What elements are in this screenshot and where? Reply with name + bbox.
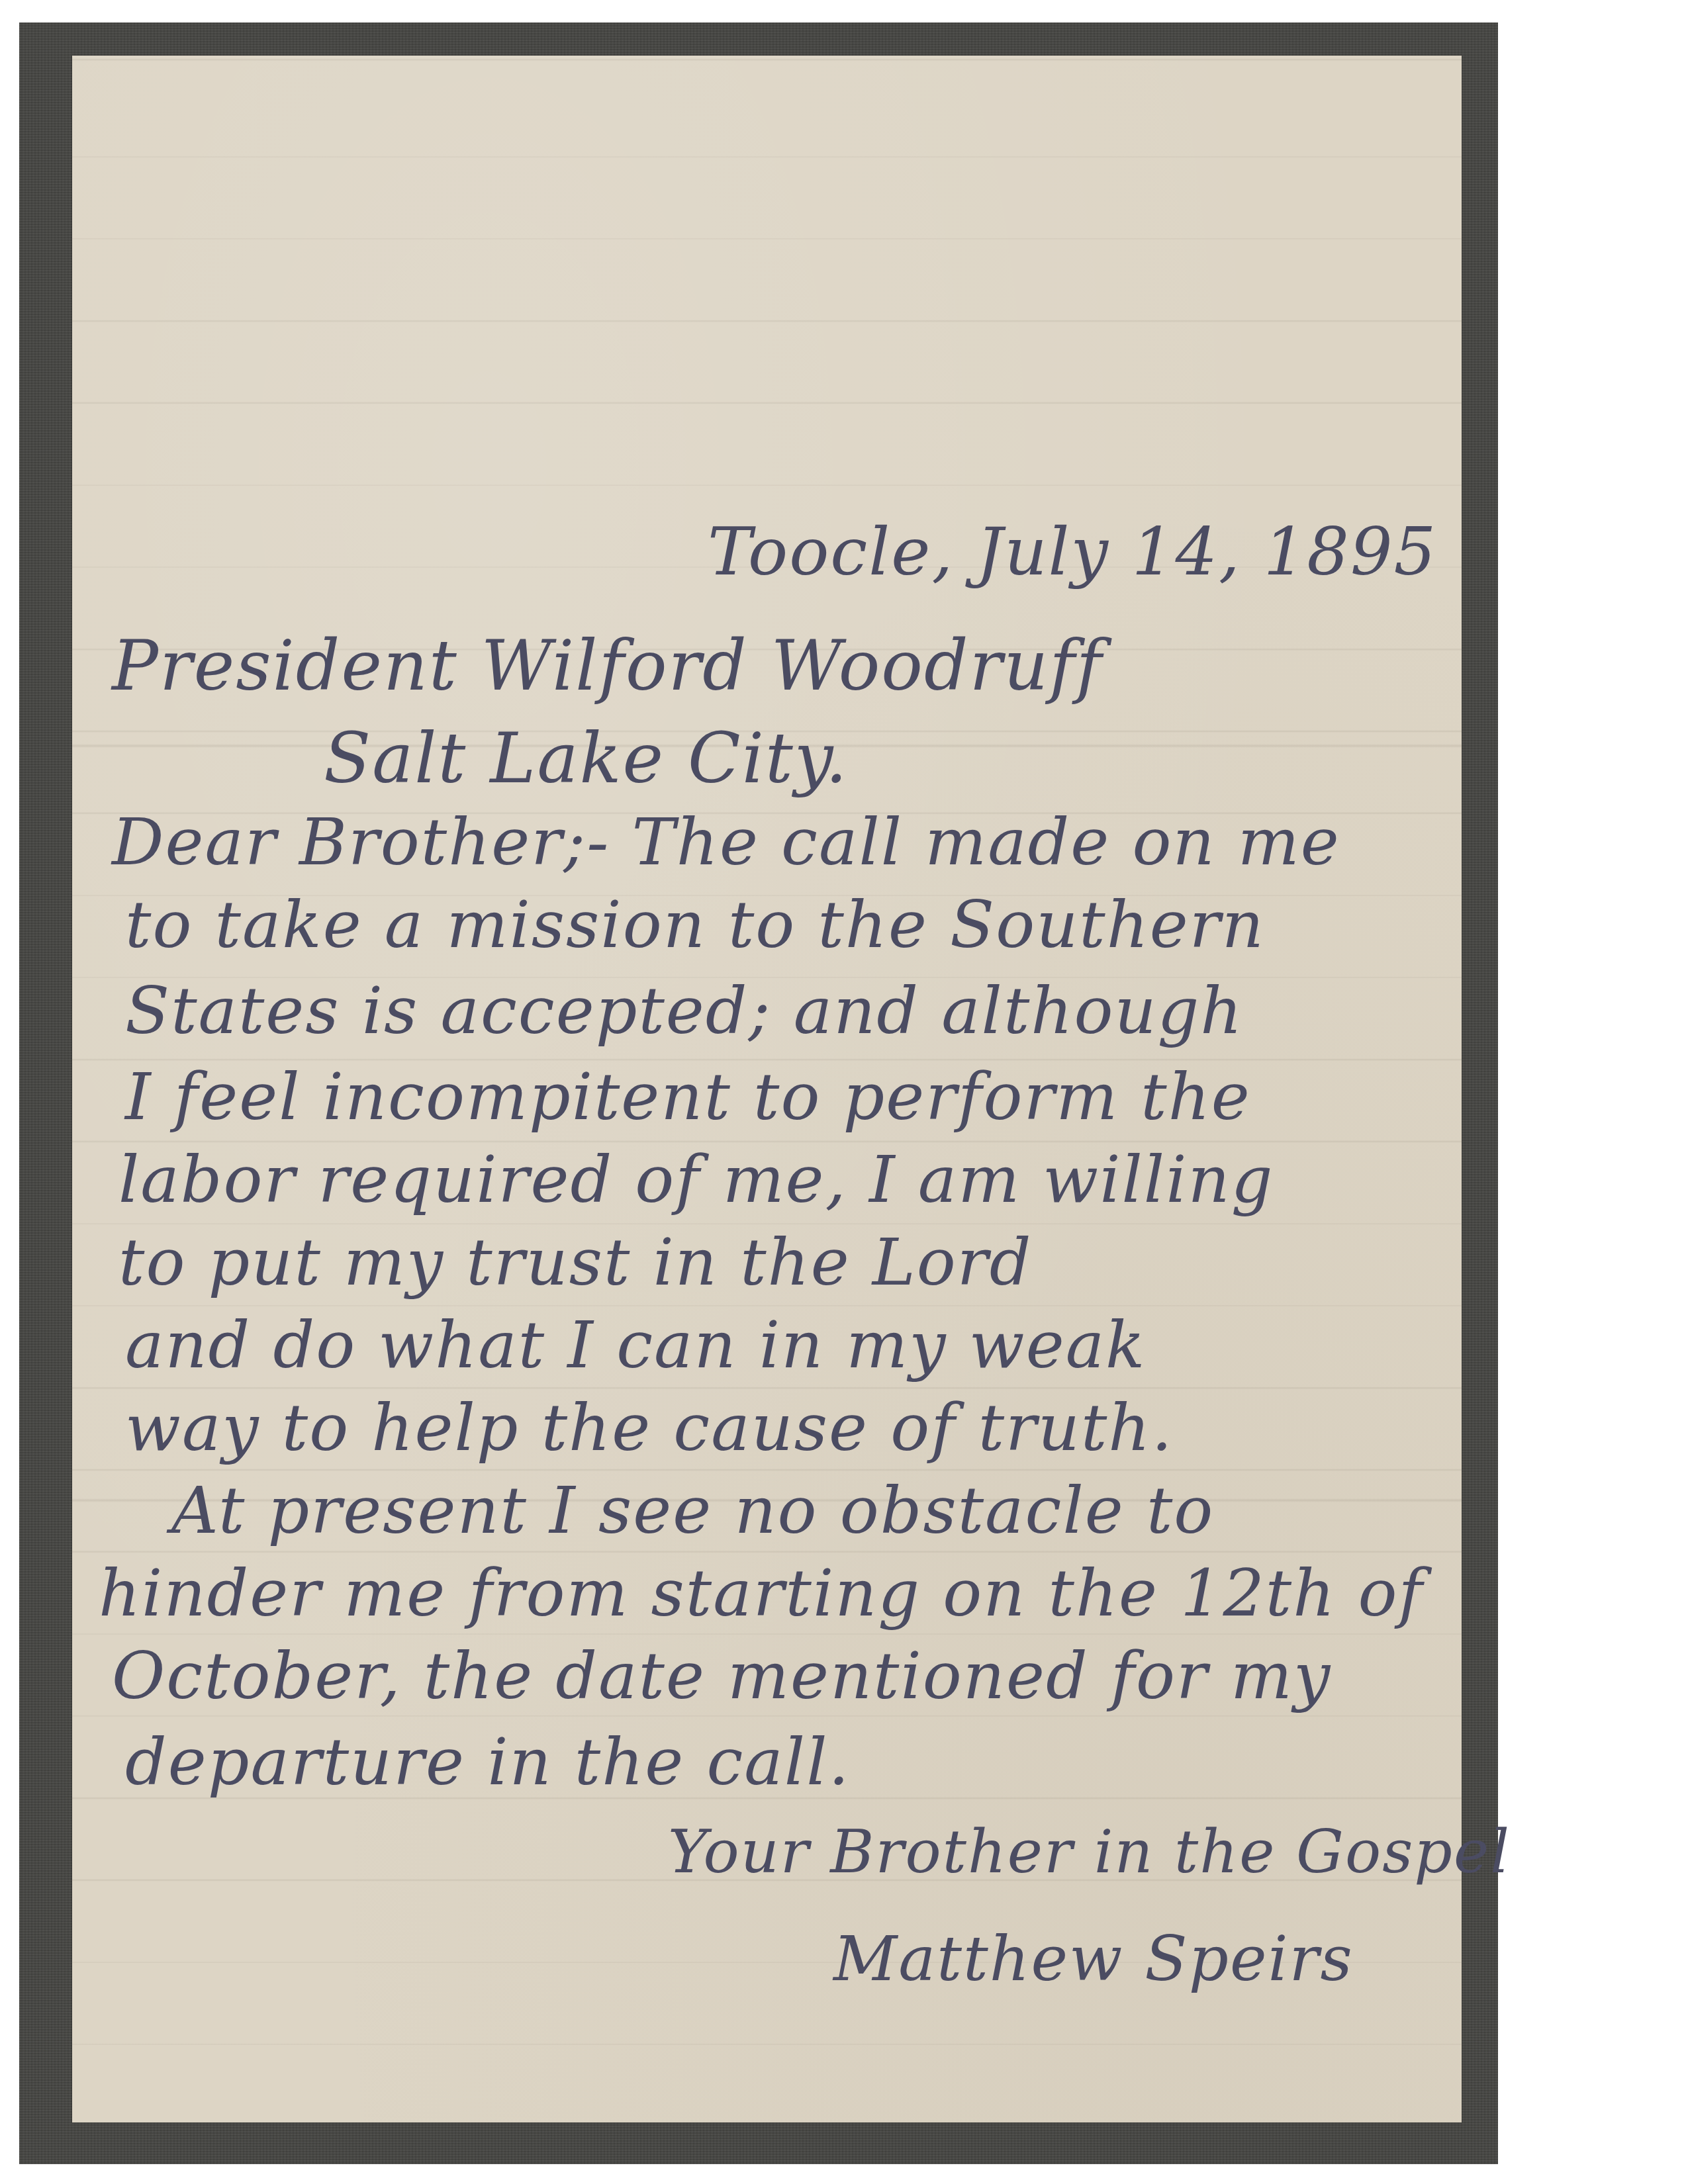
letter-dateline: Toocle, July 14, 1895	[708, 519, 1437, 585]
body-line: October, the date mentioned for my	[112, 1644, 1331, 1709]
body-line: hinder me from starting on the 12th of	[99, 1561, 1424, 1626]
body-line: States is accepted; and although	[125, 979, 1243, 1044]
body-line: to take a mission to the Southern	[125, 893, 1265, 958]
body-line: I feel incompitent to perform the	[125, 1065, 1251, 1130]
body-line: departure in the call.	[125, 1730, 851, 1795]
recipient-place: Salt Lake City.	[324, 724, 849, 793]
body-line: to put my trust in the Lord	[118, 1230, 1032, 1295]
letter-page: Toocle, July 14, 1895 President Wilford …	[72, 56, 1462, 2122]
salutation-line: Dear Brother;- The call made on me	[112, 810, 1340, 875]
body-line: and do what I can in my weak	[125, 1313, 1146, 1378]
recipient-name: President Wilford Woodruff	[112, 631, 1103, 700]
letter-closing: Your Brother in the Gospel	[668, 1823, 1511, 1882]
body-line: labor required of me, I am willing	[118, 1148, 1274, 1212]
letter-signature: Matthew Speirs	[833, 1929, 1354, 1991]
body-line: way to help the cause of truth.	[125, 1396, 1174, 1461]
body-line: At present I see no obstacle to	[171, 1479, 1214, 1543]
